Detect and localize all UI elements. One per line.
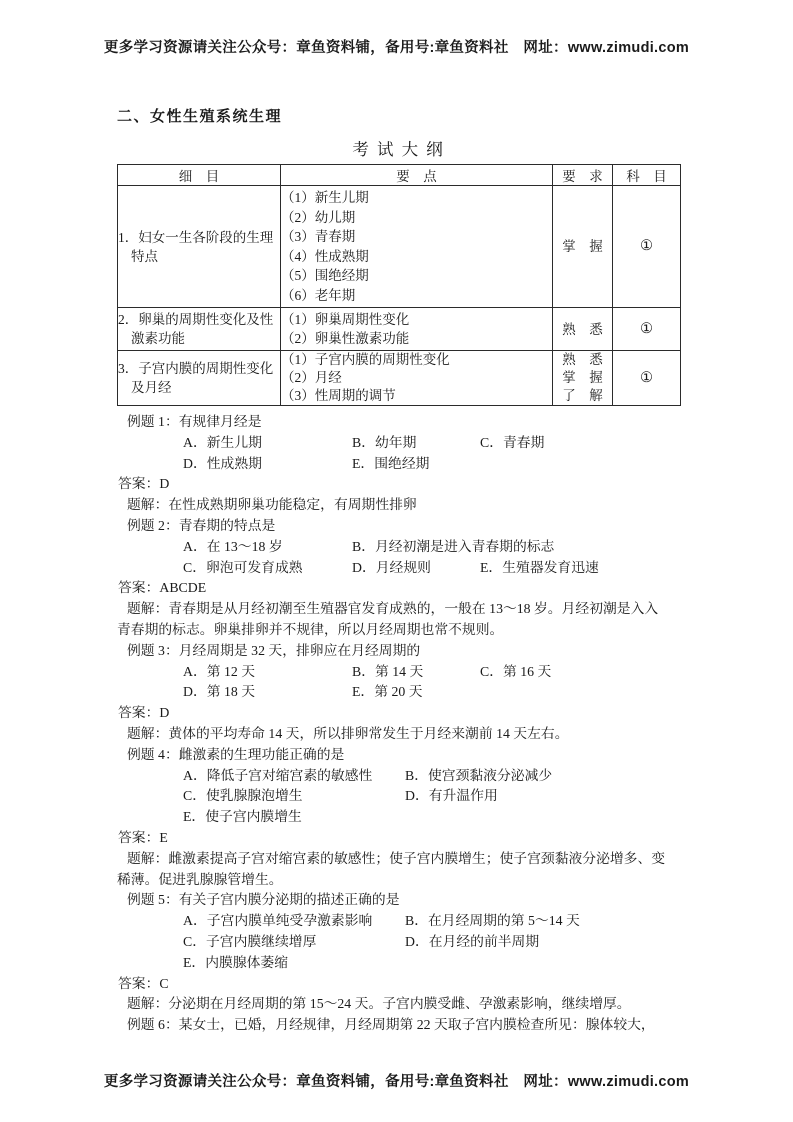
questions-section: 例题 1：有规律月经是 A．新生儿期B．幼年期C．青春期 D．性成熟期E．围绝经… xyxy=(117,412,680,1036)
detail-cell: 2．卵巢的周期性变化及性 激素功能 xyxy=(118,308,281,351)
content-area: 二、女性生殖系统生理 考 试 大 纲 细 目 要 点 要 求 科 目 1．妇女一… xyxy=(117,108,680,1036)
subject-cell: ① xyxy=(613,308,681,351)
explanation-line: 题解：在性成熟期卵巢功能稳定，有周期性排卵 xyxy=(117,495,680,516)
explanation-line: 题解：分泌期在月经周期的第 15～24 天。子宫内膜受雌、孕激素影响，继续增厚。 xyxy=(117,994,680,1015)
header-notice: 更多学习资源请关注公众号：章鱼资料铺，备用号:章鱼资料社 网址：www.zimu… xyxy=(0,36,793,57)
explanation-line: 稀薄。促进乳腺腺管增生。 xyxy=(117,870,680,891)
option-row: A．第 12 天B．第 14 天C．第 16 天 xyxy=(117,662,680,683)
option: A．在 13～18 岁 xyxy=(183,537,352,558)
exam-outline-table: 细 目 要 点 要 求 科 目 1．妇女一生各阶段的生理 特点 （1）新生儿期 … xyxy=(117,164,681,406)
option: A．子宫内膜单纯受孕激素影响 xyxy=(183,911,405,932)
points-cell: （1）新生儿期 （2）幼儿期 （3）青春期 （4）性成熟期 （5）围绝经期 （6… xyxy=(281,186,553,308)
requirement-level: 熟 悉 xyxy=(553,351,612,369)
option: A．第 12 天 xyxy=(183,662,352,683)
option-row: A．降低子宫对缩宫素的敏感性B．使宫颈黏液分泌减少 xyxy=(117,766,680,787)
points-cell: （1）卵巢周期性变化 （2）卵巢性激素功能 xyxy=(281,308,553,351)
outline-point: （1）卵巢周期性变化 xyxy=(281,310,552,330)
outline-point: （6）老年期 xyxy=(281,286,552,306)
detail-cell: 3．子宫内膜的周期性变化 及月经 xyxy=(118,351,281,406)
option-row: A．子宫内膜单纯受孕激素影响B．在月经周期的第 5～14 天 xyxy=(117,911,680,932)
footer-notice: 更多学习资源请关注公众号：章鱼资料铺，备用号:章鱼资料社 网址：www.zimu… xyxy=(0,1070,793,1091)
answer-line: 答案：E xyxy=(117,828,680,849)
option: B．在月经周期的第 5～14 天 xyxy=(405,913,580,928)
explanation-line: 题解：青春期是从月经初潮至生殖器官发育成熟的，一般在 13～18 岁。月经初潮是… xyxy=(117,599,680,620)
option-row: A．在 13～18 岁B．月经初潮是进入青春期的标志 xyxy=(117,537,680,558)
option: D．有升温作用 xyxy=(405,788,498,803)
option-row: A．新生儿期B．幼年期C．青春期 xyxy=(117,433,680,454)
outline-point: （5）围绝经期 xyxy=(281,266,552,286)
answer-line: 答案：D xyxy=(117,474,680,495)
option: C．卵泡可发育成熟 xyxy=(183,558,352,579)
question-title: 例题 3：月经周期是 32 天，排卵应在月经周期的 xyxy=(117,641,680,662)
option-row: D．性成熟期E．围绝经期 xyxy=(117,454,680,475)
col-header-points: 要 点 xyxy=(281,165,553,186)
col-header-requirement: 要 求 xyxy=(553,165,613,186)
requirement-level: 熟 悉 xyxy=(553,320,612,339)
subject-cell: ① xyxy=(613,351,681,406)
option: C．使乳腺腺泡增生 xyxy=(183,786,405,807)
question-title: 例题 6：某女士，已婚，月经规律，月经周期第 22 天取子宫内膜检查所见：腺体较… xyxy=(117,1015,680,1036)
requirement-cell: 掌 握 xyxy=(553,186,613,308)
option: D．性成熟期 xyxy=(183,454,352,475)
explanation-line: 题解：黄体的平均寿命 14 天，所以排卵常发生于月经来潮前 14 天左右。 xyxy=(117,724,680,745)
detail-cell: 1．妇女一生各阶段的生理 特点 xyxy=(118,186,281,308)
table-row: 2．卵巢的周期性变化及性 激素功能 （1）卵巢周期性变化 （2）卵巢性激素功能 … xyxy=(118,308,681,351)
option: A．新生儿期 xyxy=(183,433,352,454)
outline-point: （1）子宫内膜的周期性变化 xyxy=(281,351,552,369)
requirement-level: 掌 握 xyxy=(553,237,612,256)
option-row: E．使子宫内膜增生 xyxy=(117,807,680,828)
answer-line: 答案：C xyxy=(117,974,680,995)
option: B．幼年期 xyxy=(352,433,480,454)
requirement-level: 掌 握 xyxy=(553,369,612,387)
option-row: E．内膜腺体萎缩 xyxy=(117,953,680,974)
detail-line: 激素功能 xyxy=(118,329,280,348)
explanation-line: 青春期的标志。卵巢排卵并不规律，所以月经周期也常不规则。 xyxy=(117,620,680,641)
outline-point: （2）幼儿期 xyxy=(281,208,552,228)
subject-cell: ① xyxy=(613,186,681,308)
points-cell: （1）子宫内膜的周期性变化 （2）月经 （3）性周期的调节 xyxy=(281,351,553,406)
option-row: C．卵泡可发育成熟D．月经规则E．生殖器发育迅速 xyxy=(117,558,680,579)
outline-point: （3）性周期的调节 xyxy=(281,387,552,405)
requirement-level: 了 解 xyxy=(553,387,612,405)
answer-line: 答案：ABCDE xyxy=(117,578,680,599)
question-title: 例题 5：有关子宫内膜分泌期的描述正确的是 xyxy=(117,890,680,911)
section-title: 二、女性生殖系统生理 xyxy=(117,108,680,126)
detail-line: 3．子宫内膜的周期性变化 xyxy=(118,359,280,378)
option: D．在月经的前半周期 xyxy=(405,934,539,949)
answer-line: 答案：D xyxy=(117,703,680,724)
option: D．第 18 天 xyxy=(183,682,352,703)
option: E．第 20 天 xyxy=(352,682,480,703)
option: C．子宫内膜继续增厚 xyxy=(183,932,405,953)
outline-point: （3）青春期 xyxy=(281,227,552,247)
table-header-row: 细 目 要 点 要 求 科 目 xyxy=(118,165,681,186)
detail-line: 及月经 xyxy=(118,378,280,397)
option: E．围绝经期 xyxy=(352,454,480,475)
explanation-line: 题解：雌激素提高子宫对缩宫素的敏感性；使子宫内膜增生；使子宫颈黏液分泌增多、变 xyxy=(117,849,680,870)
outline-point: （1）新生儿期 xyxy=(281,188,552,208)
option: B．使宫颈黏液分泌减少 xyxy=(405,768,552,783)
detail-line: 1．妇女一生各阶段的生理 xyxy=(118,228,280,247)
outline-point: （2）卵巢性激素功能 xyxy=(281,329,552,349)
outline-point: （4）性成熟期 xyxy=(281,247,552,267)
requirement-cell: 熟 悉 掌 握 了 解 xyxy=(553,351,613,406)
table-row: 3．子宫内膜的周期性变化 及月经 （1）子宫内膜的周期性变化 （2）月经 （3）… xyxy=(118,351,681,406)
question-title: 例题 1：有规律月经是 xyxy=(117,412,680,433)
option: C．青春期 xyxy=(480,435,544,450)
outline-point: （2）月经 xyxy=(281,369,552,387)
option: B．第 14 天 xyxy=(352,662,480,683)
exam-outline-title: 考 试 大 纲 xyxy=(117,139,680,161)
option: E．生殖器发育迅速 xyxy=(480,560,599,575)
col-header-subject: 科 目 xyxy=(613,165,681,186)
table-row: 1．妇女一生各阶段的生理 特点 （1）新生儿期 （2）幼儿期 （3）青春期 （4… xyxy=(118,186,681,308)
question-title: 例题 4：雌激素的生理功能正确的是 xyxy=(117,745,680,766)
detail-line: 2．卵巢的周期性变化及性 xyxy=(118,310,280,329)
detail-line: 特点 xyxy=(118,247,280,266)
col-header-detail: 细 目 xyxy=(118,165,281,186)
option-row: C．子宫内膜继续增厚D．在月经的前半周期 xyxy=(117,932,680,953)
option: B．月经初潮是进入青春期的标志 xyxy=(352,539,554,554)
question-title: 例题 2：青春期的特点是 xyxy=(117,516,680,537)
option-row: C．使乳腺腺泡增生D．有升温作用 xyxy=(117,786,680,807)
document-page: 更多学习资源请关注公众号：章鱼资料铺，备用号:章鱼资料社 网址：www.zimu… xyxy=(0,0,793,1122)
option: C．第 16 天 xyxy=(480,664,551,679)
option: E．使子宫内膜增生 xyxy=(183,809,302,824)
option-row: D．第 18 天E．第 20 天 xyxy=(117,682,680,703)
option: A．降低子宫对缩宫素的敏感性 xyxy=(183,766,405,787)
option: E．内膜腺体萎缩 xyxy=(183,955,288,970)
option: D．月经规则 xyxy=(352,558,480,579)
requirement-cell: 熟 悉 xyxy=(553,308,613,351)
